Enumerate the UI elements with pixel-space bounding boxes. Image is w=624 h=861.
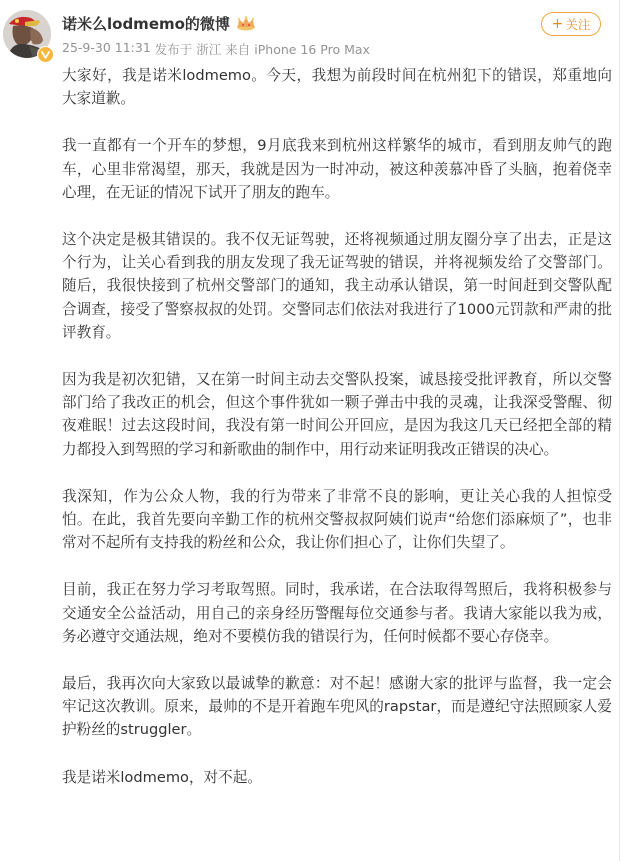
post-header: 诺米么lodmemo的微博 25-9-30 11:31 发布于 浙江 来自 iP… xyxy=(0,0,619,64)
post-paragraph: 我是诺米lodmemo，对不起。 xyxy=(62,766,612,789)
post-body: 大家好，我是诺米lodmemo。今天，我想为前段时间在杭州犯下的错误，郑重地向大… xyxy=(62,64,612,789)
post-paragraph: 我深知，作为公众人物，我的行为带来了非常不良的影响，更让关心我的人担惊受怕。在此… xyxy=(62,485,612,555)
post-paragraph: 因为我是初次犯错，又在第一时间主动去交警队投案，诚恳接受批评教育，所以交警部门给… xyxy=(62,368,612,461)
post-paragraph: 这个决定是极其错误的。我不仅无证驾驶，还将视频通过朋友圈分享了出去，正是这个行为… xyxy=(62,228,612,344)
post-meta: 25-9-30 11:31 发布于 浙江 来自 iPhone 16 Pro Ma… xyxy=(62,40,370,58)
panel-divider xyxy=(619,0,620,861)
post-timestamp[interactable]: 25-9-30 11:31 xyxy=(62,40,151,58)
author-row: 诺米么lodmemo的微博 xyxy=(62,12,256,34)
author-name[interactable]: 诺米么lodmemo的微博 xyxy=(62,13,230,34)
follow-button[interactable]: + 关注 xyxy=(541,12,601,36)
plus-icon: + xyxy=(552,17,564,31)
post-location: 发布于 浙江 xyxy=(155,40,221,58)
post-paragraph: 目前，我正在努力学习考取驾照。同时，我承诺，在合法取得驾照后，我将积极参与交通安… xyxy=(62,578,612,648)
crown-icon[interactable] xyxy=(236,15,256,31)
follow-button-label: 关注 xyxy=(565,15,590,33)
post-source: 来自 iPhone 16 Pro Max xyxy=(225,40,370,58)
verified-v-icon xyxy=(37,46,54,63)
post-paragraph: 最后，我再次向大家致以最诚挚的歉意：对不起！感谢大家的批评与监督，我一定会牢记这… xyxy=(62,672,612,742)
post-paragraph: 我一直都有一个开车的梦想，9月底我来到杭州这样繁华的城市，看到朋友帅气的跑车，心… xyxy=(62,134,612,204)
post-paragraph: 大家好，我是诺米lodmemo。今天，我想为前段时间在杭州犯下的错误，郑重地向大… xyxy=(62,64,612,110)
